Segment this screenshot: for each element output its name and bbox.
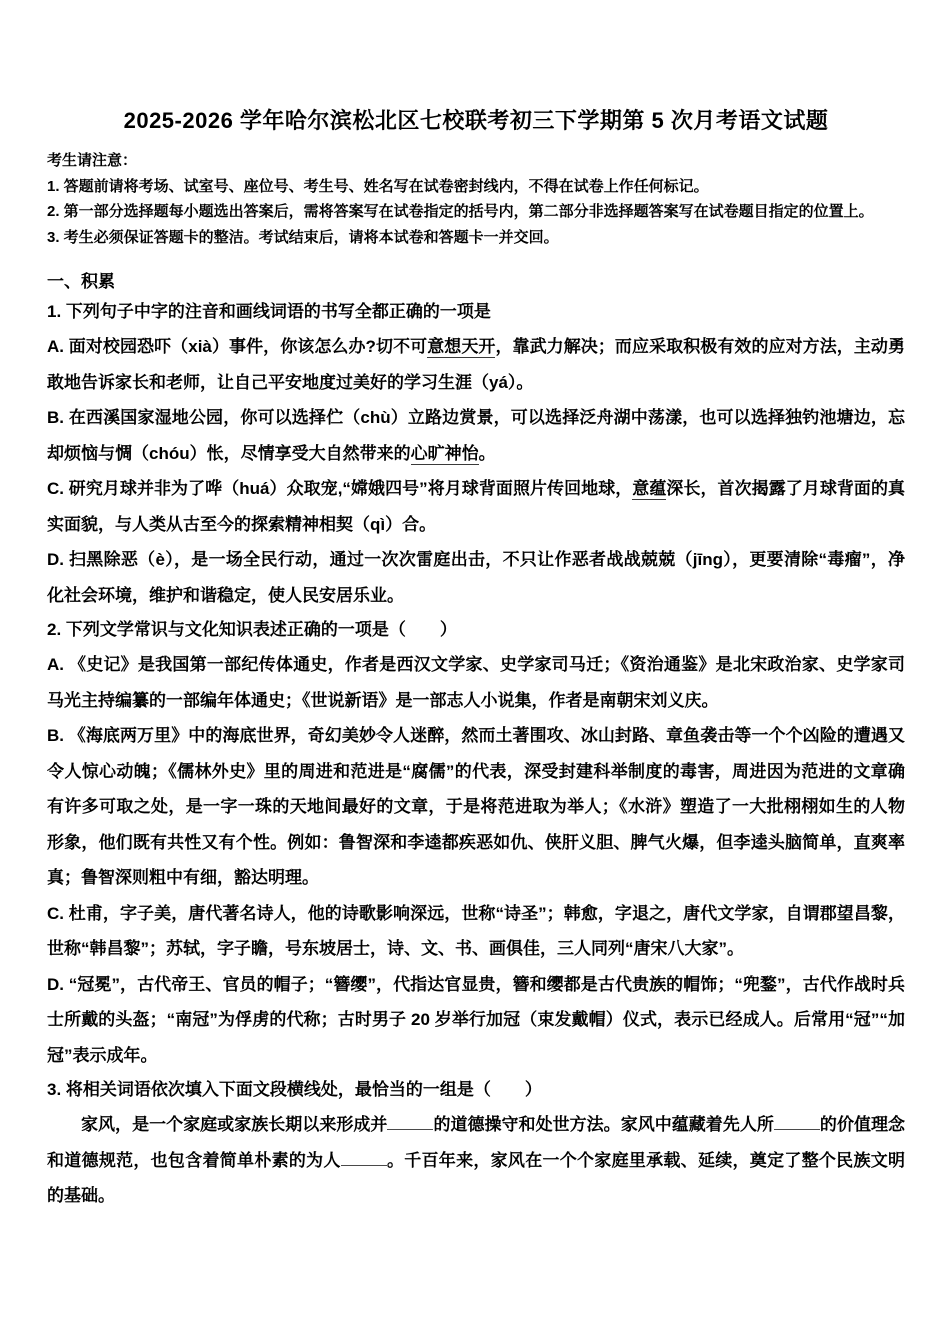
notice-heading: 考生请注意：: [47, 148, 905, 174]
section-heading: 一、积累: [47, 269, 905, 295]
exam-document-page: 2025-2026 学年哈尔滨松北区七校联考初三下学期第 5 次月考语文试题 考…: [0, 0, 950, 1344]
blank-line: [774, 1112, 820, 1130]
text-segment: 家风，是一个家庭或家族长期以来形成并: [81, 1115, 387, 1134]
question-1-stem: 1. 下列句子中字的注音和画线词语的书写全都正确的一项是: [47, 295, 905, 329]
question-1-option-b: B. 在西溪国家湿地公园，你可以选择伫（chù）立路边赏景，可以选择泛舟湖中荡漾…: [47, 400, 905, 471]
notice-item-1: 1. 答题前请将考场、试室号、座位号、考生号、姓名写在试卷密封线内，不得在试卷上…: [47, 174, 905, 200]
section-accumulation: 一、积累 1. 下列句子中字的注音和画线词语的书写全都正确的一项是 A. 面对校…: [47, 269, 905, 1214]
notice-section: 考生请注意： 1. 答题前请将考场、试室号、座位号、考生号、姓名写在试卷密封线内…: [47, 148, 905, 250]
text-segment: D. 扫黑除恶（è），是一场全民行动，通过一次次雷庭出击，不只让作恶者战战兢兢（…: [47, 550, 905, 605]
text-segment: C. 研究月球并非为了哗（huá）众取宠,“嫦娥四号”将月球背面照片传回地球，: [47, 479, 632, 498]
notice-item-2: 2. 第一部分选择题每小题选出答案后，需将答案写在试卷指定的括号内，第二部分非选…: [47, 199, 905, 225]
question-1-option-d: D. 扫黑除恶（è），是一场全民行动，通过一次次雷庭出击，不只让作恶者战战兢兢（…: [47, 542, 905, 613]
text-segment: 的道德操守和处世方法。家风中蕴藏着先人所: [433, 1115, 773, 1134]
question-1-option-c: C. 研究月球并非为了哗（huá）众取宠,“嫦娥四号”将月球背面照片传回地球，意…: [47, 471, 905, 542]
underlined-phrase: 意蕴: [632, 479, 666, 500]
question-2-option-b: B. 《海底两万里》中的海底世界，奇幻美妙令人迷醉，然而土著围攻、冰山封路、章鱼…: [47, 718, 905, 896]
question-2-option-d: D. “冠冕”，古代帝王、官员的帽子；“簪缨”，代指达官显贵，簪和缨都是古代贵族…: [47, 967, 905, 1074]
underlined-phrase: 心旷神怡: [411, 444, 479, 465]
underlined-phrase: 意想天开: [427, 337, 495, 358]
page-title: 2025-2026 学年哈尔滨松北区七校联考初三下学期第 5 次月考语文试题: [47, 106, 905, 136]
text-segment: 。: [479, 444, 496, 463]
blank-line: [341, 1148, 387, 1166]
text-segment: A. 面对校园恐吓（xià）事件，你该怎么办?切不可: [47, 337, 427, 356]
question-2-stem: 2. 下列文学常识与文化知识表述正确的一项是（ ）: [47, 613, 905, 647]
question-2-option-a: A. 《史记》是我国第一部纪传体通史，作者是西汉文学家、史学家司马迁；《资治通鉴…: [47, 647, 905, 718]
question-2-option-c: C. 杜甫，字子美，唐代著名诗人，他的诗歌影响深远，世称“诗圣”；韩愈，字退之，…: [47, 896, 905, 967]
blank-line: [387, 1112, 433, 1130]
question-1-option-a: A. 面对校园恐吓（xià）事件，你该怎么办?切不可意想天开，靠武力解决；而应采…: [47, 329, 905, 400]
question-3-passage: 家风，是一个家庭或家族长期以来形成并的道德操守和处世方法。家风中蕴藏着先人所的价…: [47, 1107, 905, 1214]
notice-item-3: 3. 考生必须保证答题卡的整洁。考试结束后，请将本试卷和答题卡一并交回。: [47, 225, 905, 251]
question-3-stem: 3. 将相关词语依次填入下面文段横线处，最恰当的一组是（ ）: [47, 1073, 905, 1107]
